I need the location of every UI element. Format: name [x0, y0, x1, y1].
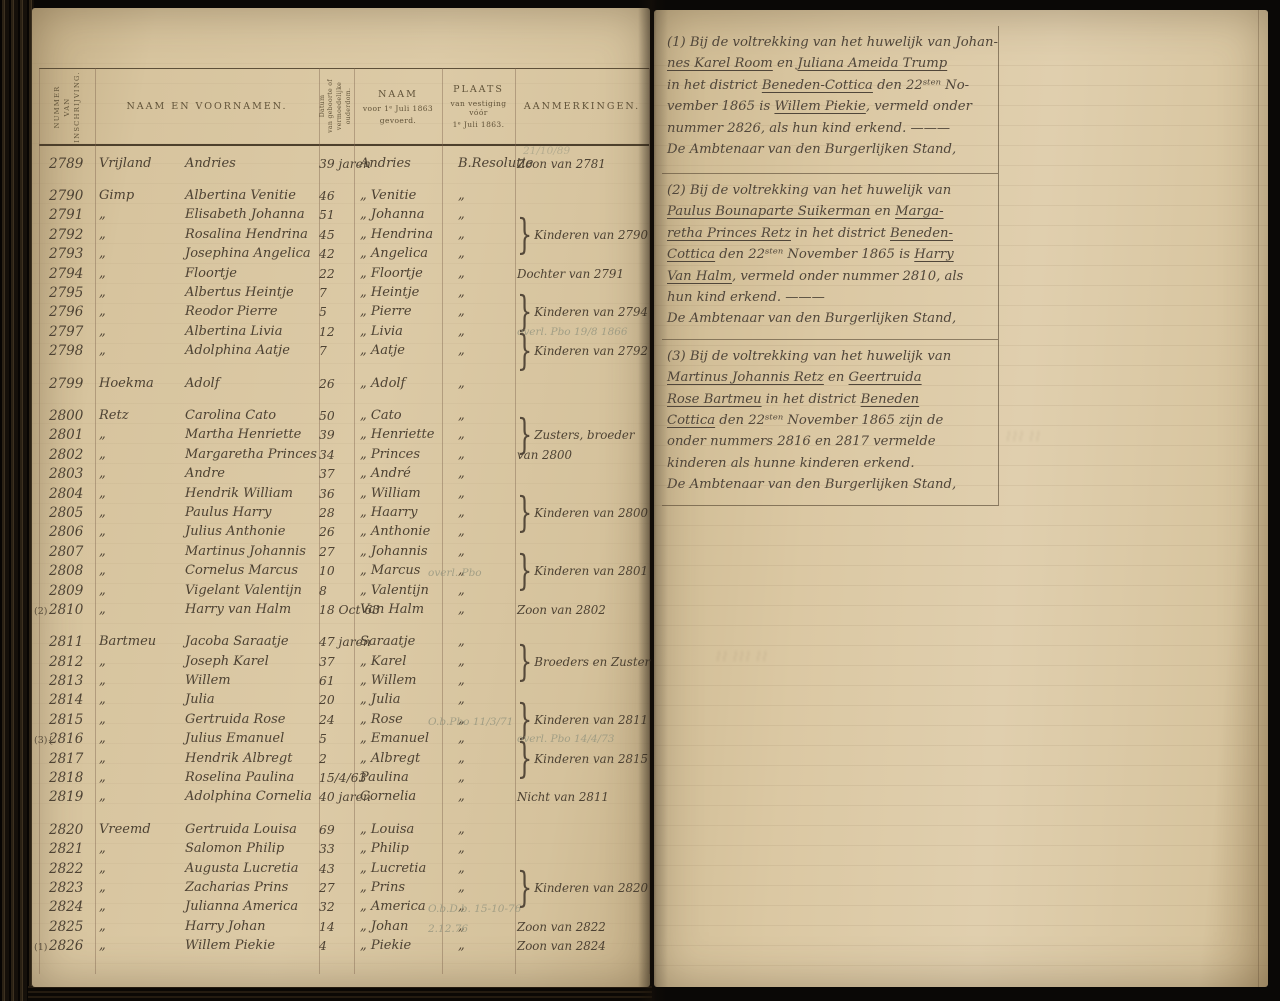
- age-cell: 42: [319, 247, 354, 261]
- given-names-cell: Martha Henriette: [183, 428, 319, 442]
- remarks-cell: }Broeders en Zuster: [515, 655, 650, 669]
- age-cell: 46: [319, 189, 354, 203]
- age-cell: 4: [319, 939, 354, 953]
- place-cell: „O.b.Pbo 11/3/71: [442, 713, 515, 727]
- age-cell: 7: [319, 344, 354, 358]
- given-names-cell: Josephina Angelica: [183, 247, 319, 261]
- age-cell: 14: [319, 920, 354, 934]
- given-names-cell: Andre: [183, 467, 319, 481]
- name-before-1863-cell: „ Livia: [354, 325, 442, 339]
- name-before-1863-cell: „ Haarry: [354, 506, 442, 520]
- surname-cell: „: [95, 862, 183, 876]
- entry-number: 2799: [39, 377, 95, 391]
- given-names-cell: Gertruida Rose: [183, 713, 319, 727]
- entry-number: 2797: [39, 325, 95, 339]
- marriage-note: (3) Bij de voltrekking van het huwelijk …: [662, 339, 998, 505]
- entry-number: 2815: [39, 713, 95, 727]
- name-before-1863-cell: „ Anthonie: [354, 525, 442, 539]
- given-names-cell: Jacoba Saraatje: [183, 635, 319, 649]
- age-cell: 36: [319, 487, 354, 501]
- table-row: 2809 „ Vigelant Valentijn 8 „ Valentijn …: [39, 581, 650, 600]
- name-before-1863-cell: „ Piekie: [354, 939, 442, 953]
- table-row: 2789 Vrijland Andries 39 jaren Andries B…: [39, 154, 650, 173]
- remark-text: Kinderen van 2811: [534, 713, 648, 727]
- given-names-cell: Gertruida Louisa: [183, 823, 319, 837]
- place-cell: „: [442, 506, 515, 520]
- remark-text: Dochter van 2791: [517, 267, 624, 281]
- given-names-cell: Adolphina Cornelia: [183, 790, 319, 804]
- age-cell: 37: [319, 467, 354, 481]
- entry-number: 2824: [39, 900, 95, 914]
- surname-cell: „: [95, 603, 183, 617]
- note-line: retha Princes Retz in het district Bened…: [667, 223, 994, 244]
- surname-cell: „: [95, 448, 183, 462]
- surname-cell: „: [95, 939, 183, 953]
- pencil-note: O.b.D.b. 15-10-76: [428, 902, 521, 916]
- age-cell: 2: [319, 752, 354, 766]
- entry-number: 2809: [39, 584, 95, 598]
- name-before-1863-cell: „ Pierre: [354, 305, 442, 319]
- table-row: 2798 „ Adolphina Aatje 7 „ Aatje „ }Kind…: [39, 342, 650, 361]
- given-names-cell: Joseph Karel: [183, 655, 319, 669]
- note-line: De Ambtenaar van den Burgerlijken Stand,: [667, 474, 994, 495]
- ink-bleed: ⌇⌇⌇ ⌇⌇: [1004, 430, 1040, 445]
- table-row: 2821 „ Salomon Philip 33 „ Philip „: [39, 840, 650, 859]
- remarks-cell: overl. Pbo 19/8 1866: [515, 325, 650, 339]
- note-line: (2) Bij de voltrekking van het huwelijk …: [667, 180, 994, 201]
- marriage-note: (2) Bij de voltrekking van het huwelijk …: [662, 173, 998, 339]
- entry-number: 2798: [39, 344, 95, 358]
- place-cell: „: [442, 603, 515, 617]
- age-cell: 61: [319, 674, 354, 688]
- entry-number: 2794: [39, 267, 95, 281]
- entry-number: 2804: [39, 487, 95, 501]
- table-row: (1)2826 „ Willem Piekie 4 „ Piekie „ Zoo…: [39, 936, 650, 955]
- note-line: Martinus Johannis Retz en Geertruida: [667, 367, 994, 388]
- entry-number: 2823: [39, 881, 95, 895]
- remarks-cell: Nicht van 2811: [515, 790, 650, 804]
- age-cell: 5: [319, 305, 354, 319]
- name-before-1863-cell: „ Johannis: [354, 545, 442, 559]
- remarks-cell: }Kinderen van 2794: [515, 305, 650, 319]
- entry-number: 2811: [39, 635, 95, 649]
- entry-number: 2813: [39, 674, 95, 688]
- given-names-cell: Julius Emanuel: [183, 732, 319, 746]
- note-line: nummer 2826, als hun kind erkend. ———: [667, 118, 994, 139]
- remarks-cell: }Kinderen van 2811: [515, 713, 650, 727]
- table-row: 2815 „ Gertruida Rose 24 „ Rose „O.b.Pbo…: [39, 710, 650, 729]
- remarks-cell: Zoon van 2824: [515, 939, 650, 953]
- surname-cell: „: [95, 920, 183, 934]
- given-names-cell: Carolina Cato: [183, 409, 319, 423]
- surname-cell: „: [95, 325, 183, 339]
- surname-cell: Bartmeu: [95, 635, 183, 649]
- note-line: Paulus Bounaparte Suikerman en Marga-: [667, 201, 994, 222]
- age-cell: 8: [319, 584, 354, 598]
- surname-cell: „: [95, 228, 183, 242]
- pencil-note: 2.12.76: [428, 922, 468, 936]
- entry-number: 2803: [39, 467, 95, 481]
- entry-number: 2819: [39, 790, 95, 804]
- name-before-1863-cell: Andries: [354, 157, 442, 171]
- place-cell: „: [442, 189, 515, 203]
- age-cell: 10: [319, 564, 354, 578]
- marriage-notes: (1) Bij de voltrekking van het huwelijk …: [662, 26, 999, 506]
- entry-number: 2808: [39, 564, 95, 578]
- name-before-1863-cell: „ Albregt: [354, 752, 442, 766]
- age-cell: 50: [319, 409, 354, 423]
- given-names-cell: Hendrik William: [183, 487, 319, 501]
- place-cell: „: [442, 409, 515, 423]
- surname-cell: „: [95, 286, 183, 300]
- surname-cell: Hoekma: [95, 377, 183, 391]
- table-row: 2824 „ Julianna America 32 „ America „O.…: [39, 898, 650, 917]
- place-cell: „: [442, 842, 515, 856]
- name-before-1863-cell: Cornelia: [354, 790, 442, 804]
- entry-number: (2)2810: [39, 603, 95, 617]
- marriage-note: (1) Bij de voltrekking van het huwelijk …: [662, 26, 998, 173]
- place-cell: „: [442, 428, 515, 442]
- place-cell: „: [442, 487, 515, 501]
- table-row: 2812 „ Joseph Karel 37 „ Karel „ }Broede…: [39, 652, 650, 671]
- place-cell: „: [442, 584, 515, 598]
- age-cell: 34: [319, 448, 354, 462]
- age-cell: 26: [319, 525, 354, 539]
- given-names-cell: Floortje: [183, 267, 319, 281]
- table-row: 2814 „ Julia 20 „ Julia „: [39, 691, 650, 710]
- table-row: (2)2810 „ Harry van Halm 18 Oct 63 Van H…: [39, 600, 650, 619]
- name-before-1863-cell: „ Willem: [354, 674, 442, 688]
- note-line: Cottica den 22ˢᵗᵉⁿ November 1865 is Harr…: [667, 244, 994, 265]
- place-cell: „: [442, 467, 515, 481]
- age-cell: 27: [319, 545, 354, 559]
- age-cell: 45: [319, 228, 354, 242]
- given-names-cell: Roselina Paulina: [183, 771, 319, 785]
- remarks-cell: overl. Pbo 14/4/73: [515, 732, 650, 746]
- remarks-cell: }Kinderen van 2790: [515, 228, 650, 242]
- surname-cell: „: [95, 506, 183, 520]
- given-names-cell: Harry Johan: [183, 920, 319, 934]
- place-cell: „: [442, 752, 515, 766]
- surname-cell: „: [95, 752, 183, 766]
- entry-number: 2802: [39, 448, 95, 462]
- age-cell: 28: [319, 506, 354, 520]
- given-names-cell: Andries: [183, 157, 319, 171]
- notes-page: ⌇⌇ ⌇⌇⌇ ⌇⌇ ⌇⌇⌇ ⌇⌇ (1) Bij de voltrekking …: [654, 10, 1268, 987]
- remark-text: van 2800: [517, 448, 572, 462]
- entry-number: 2806: [39, 525, 95, 539]
- remark-text: Kinderen van 2794: [534, 305, 648, 319]
- place-cell: „: [442, 208, 515, 222]
- age-cell: 5: [319, 732, 354, 746]
- entry-number: 2812: [39, 655, 95, 669]
- given-names-cell: Albertina Venitie: [183, 189, 319, 203]
- note-line: (1) Bij de voltrekking van het huwelijk …: [667, 32, 994, 53]
- ink-bleed: ⌇⌇ ⌇⌇⌇ ⌇⌇: [714, 650, 767, 665]
- table-row: 2818 „ Roselina Paulina 15/4/63 Paulina …: [39, 768, 650, 787]
- place-cell: „: [442, 823, 515, 837]
- place-cell: „: [442, 674, 515, 688]
- given-names-cell: Julius Anthonie: [183, 525, 319, 539]
- table-row: 2805 „ Paulus Harry 28 „ Haarry „ }Kinde…: [39, 503, 650, 522]
- table-row: 2795 „ Albertus Heintje 7 „ Heintje „: [39, 283, 650, 302]
- name-before-1863-cell: „ Philip: [354, 842, 442, 856]
- remark-text: Zusters, broeder: [534, 428, 634, 442]
- place-cell: „: [442, 228, 515, 242]
- note-reference-mark: (1): [34, 941, 47, 955]
- table-row: 2817 „ Hendrik Albregt 2 „ Albregt „ }Ki…: [39, 749, 650, 768]
- entry-number: 2821: [39, 842, 95, 856]
- remark-text: Nicht van 2811: [517, 790, 609, 804]
- note-line: Van Halm, vermeld onder nummer 2810, als: [667, 266, 994, 287]
- age-cell: 43: [319, 862, 354, 876]
- entry-number: 2801: [39, 428, 95, 442]
- note-line: De Ambtenaar van den Burgerlijken Stand,: [667, 308, 994, 329]
- age-cell: 7: [319, 286, 354, 300]
- place-cell: „: [442, 525, 515, 539]
- note-line: vember 1865 is Willem Piekie, vermeld on…: [667, 96, 994, 117]
- place-cell: „overl. Pbo: [442, 564, 515, 578]
- given-names-cell: Julia: [183, 693, 319, 707]
- remark-text: Kinderen van 2790: [534, 228, 648, 242]
- given-names-cell: Julianna America: [183, 900, 319, 914]
- table-row: 2797 „ Albertina Livia 12 „ Livia „ over…: [39, 322, 650, 341]
- place-cell: „: [442, 862, 515, 876]
- entry-number: 2795: [39, 286, 95, 300]
- given-names-cell: Augusta Lucretia: [183, 862, 319, 876]
- given-names-cell: Vigelant Valentijn: [183, 584, 319, 598]
- book-page-edges: [0, 0, 34, 1001]
- age-cell: 32: [319, 900, 354, 914]
- surname-cell: „: [95, 900, 183, 914]
- entry-number: 2814: [39, 693, 95, 707]
- register-page: NUMMER VAN INSCHRIJVING. NAAM EN VOORNAM…: [32, 8, 650, 987]
- remark-text: Broeders en Zuster: [534, 655, 650, 669]
- surname-cell: „: [95, 713, 183, 727]
- entry-number: 2789: [39, 157, 95, 171]
- name-before-1863-cell: „ Prins: [354, 881, 442, 895]
- pencil-note: overl. Pbo: [428, 566, 482, 580]
- place-cell: „: [442, 655, 515, 669]
- table-row: 2813 „ Willem 61 „ Willem „: [39, 671, 650, 690]
- table-row: 2790 Gimp Albertina Venitie 46 „ Venitie…: [39, 186, 650, 205]
- entry-number: (3){2816: [39, 732, 95, 746]
- remarks-cell: Dochter van 2791: [515, 267, 650, 281]
- pencil-note: O.b.Pbo 11/3/71: [428, 715, 513, 729]
- entry-number: 2792: [39, 228, 95, 242]
- table-row: 2793 „ Josephina Angelica 42 „ Angelica …: [39, 245, 650, 264]
- age-cell: 37: [319, 655, 354, 669]
- table-row: 2808 „ Cornelus Marcus 10 „ Marcus „over…: [39, 561, 650, 580]
- entry-number: 2818: [39, 771, 95, 785]
- surname-cell: „: [95, 247, 183, 261]
- age-cell: 33: [319, 842, 354, 856]
- surname-cell: „: [95, 655, 183, 669]
- name-before-1863-cell: „ Valentijn: [354, 584, 442, 598]
- name-before-1863-cell: „ Karel: [354, 655, 442, 669]
- table-row: 2822 „ Augusta Lucretia 43 „ Lucretia „: [39, 859, 650, 878]
- remarks-cell: }Kinderen van 2792: [515, 344, 650, 358]
- table-row: 2804 „ Hendrik William 36 „ William „: [39, 484, 650, 503]
- given-names-cell: Reodor Pierre: [183, 305, 319, 319]
- remarks-cell: Zoon van 2822: [515, 920, 650, 934]
- place-cell: „: [442, 771, 515, 785]
- given-names-cell: Hendrik Albregt: [183, 752, 319, 766]
- place-cell: „O.b.D.b. 15-10-76: [442, 900, 515, 914]
- table-row: 2806 „ Julius Anthonie 26 „ Anthonie „: [39, 523, 650, 542]
- place-cell: „: [442, 448, 515, 462]
- surname-cell: „: [95, 525, 183, 539]
- given-names-cell: Albertus Heintje: [183, 286, 319, 300]
- remarks-cell: Zoon van 2802: [515, 603, 650, 617]
- surname-cell: Gimp: [95, 189, 183, 203]
- name-before-1863-cell: Van Halm: [354, 603, 442, 617]
- note-line: onder nummers 2816 en 2817 vermelde: [667, 431, 994, 452]
- place-cell: „: [442, 305, 515, 319]
- name-before-1863-cell: „ Hendrina: [354, 228, 442, 242]
- remarks-cell: }Kinderen van 2820: [515, 881, 650, 895]
- name-before-1863-cell: „ Lucretia: [354, 862, 442, 876]
- surname-cell: „: [95, 564, 183, 578]
- place-cell: „2.12.76: [442, 920, 515, 934]
- entry-number: 2805: [39, 506, 95, 520]
- table-row: 2803 „ Andre 37 „ André „: [39, 464, 650, 483]
- given-names-cell: Martinus Johannis: [183, 545, 319, 559]
- surname-cell: „: [95, 428, 183, 442]
- given-names-cell: Adolphina Aatje: [183, 344, 319, 358]
- surname-cell: „: [95, 584, 183, 598]
- surname-cell: „: [95, 790, 183, 804]
- name-before-1863-cell: „ Floortje: [354, 267, 442, 281]
- column-header-remarks: AANMERKINGEN.: [515, 69, 649, 144]
- place-cell: „: [442, 939, 515, 953]
- pencil-note: overl. Pbo 19/8 1866: [517, 325, 628, 339]
- table-row: 2807 „ Martinus Johannis 27 „ Johannis „: [39, 542, 650, 561]
- table-row: 2825 „ Harry Johan 14 „ Johan „2.12.76 Z…: [39, 917, 650, 936]
- given-names-cell: Cornelus Marcus: [183, 564, 319, 578]
- given-names-cell: Willem: [183, 674, 319, 688]
- page-fold-line: [1258, 10, 1259, 987]
- note-line: De Ambtenaar van den Burgerlijken Stand,: [667, 139, 994, 160]
- remarks-cell: }Kinderen van 2800: [515, 506, 650, 520]
- surname-cell: „: [95, 467, 183, 481]
- age-cell: 15/4/63: [319, 771, 354, 785]
- entry-number: 2796: [39, 305, 95, 319]
- table-row: 2823 „ Zacharias Prins 27 „ Prins „ }Kin…: [39, 878, 650, 897]
- name-before-1863-cell: „ Emanuel: [354, 732, 442, 746]
- table-row: 2799 Hoekma Adolf 26 „ Adolf „: [39, 374, 650, 393]
- name-before-1863-cell: Saraatje: [354, 635, 442, 649]
- place-cell: „: [442, 790, 515, 804]
- surname-cell: „: [95, 487, 183, 501]
- name-before-1863-cell: „ William: [354, 487, 442, 501]
- entry-number: 2791: [39, 208, 95, 222]
- table-row: 2800 Retz Carolina Cato 50 „ Cato „: [39, 406, 650, 425]
- entry-number: 2800: [39, 409, 95, 423]
- note-line: hun kind erkend. ———: [667, 287, 994, 308]
- age-cell: 26: [319, 377, 354, 391]
- name-before-1863-cell: „ Cato: [354, 409, 442, 423]
- surname-cell: „: [95, 732, 183, 746]
- remark-text: Zoon van 2822: [517, 920, 606, 934]
- name-before-1863-cell: „ Louisa: [354, 823, 442, 837]
- note-line: Rose Bartmeu in het district Beneden: [667, 389, 994, 410]
- age-cell: 69: [319, 823, 354, 837]
- place-cell: „: [442, 635, 515, 649]
- surname-cell: „: [95, 674, 183, 688]
- column-header-name-before-1863: NAAM voor 1ᵉ Juli 1863 gevoerd.: [354, 69, 442, 144]
- place-cell: „: [442, 377, 515, 391]
- given-names-cell: Rosalina Hendrina: [183, 228, 319, 242]
- table-row: 2820 Vreemd Gertruida Louisa 69 „ Louisa…: [39, 820, 650, 839]
- surname-cell: „: [95, 305, 183, 319]
- book-bottom-edge: [28, 986, 652, 1001]
- remarks-cell: Zoon van 278121/10/89: [515, 157, 650, 171]
- place-cell: „: [442, 325, 515, 339]
- entry-number: 2790: [39, 189, 95, 203]
- given-names-cell: Willem Piekie: [183, 939, 319, 953]
- remark-text: Zoon van 2824: [517, 939, 606, 953]
- entry-number: 2807: [39, 545, 95, 559]
- place-cell: „: [442, 732, 515, 746]
- given-names-cell: Adolf: [183, 377, 319, 391]
- name-before-1863-cell: „ André: [354, 467, 442, 481]
- remark-text: Kinderen van 2820: [534, 881, 648, 895]
- place-cell: „: [442, 881, 515, 895]
- age-cell: 40 jaren: [319, 790, 354, 804]
- age-cell: 18 Oct 63: [319, 603, 354, 617]
- given-names-cell: Elisabeth Johanna: [183, 208, 319, 222]
- note-reference-mark: (3){: [34, 734, 54, 748]
- book-gutter: [638, 0, 668, 1001]
- remarks-cell: van 2800: [515, 448, 650, 462]
- given-names-cell: Zacharias Prins: [183, 881, 319, 895]
- note-line: (3) Bij de voltrekking van het huwelijk …: [667, 346, 994, 367]
- column-header-number: NUMMER VAN INSCHRIJVING.: [46, 68, 88, 146]
- given-names-cell: Harry van Halm: [183, 603, 319, 617]
- name-before-1863-cell: „ Johanna: [354, 208, 442, 222]
- surname-cell: Retz: [95, 409, 183, 423]
- age-cell: 39: [319, 428, 354, 442]
- given-names-cell: Paulus Harry: [183, 506, 319, 520]
- note-line: Cottica den 22ˢᵗᵉⁿ November 1865 zijn de: [667, 410, 994, 431]
- surname-cell: „: [95, 545, 183, 559]
- register-rows: 2789 Vrijland Andries 39 jaren Andries B…: [39, 154, 650, 969]
- remark-text: Kinderen van 2815: [534, 752, 648, 766]
- age-cell: 12: [319, 325, 354, 339]
- name-before-1863-cell: „ Henriette: [354, 428, 442, 442]
- surname-cell: „: [95, 842, 183, 856]
- remark-text: Kinderen van 2801: [534, 564, 648, 578]
- column-header-birthdate: Datum van geboorte of vermoedelijke oude…: [318, 68, 354, 144]
- entry-number: (1)2826: [39, 939, 95, 953]
- place-cell: „: [442, 286, 515, 300]
- surname-cell: Vreemd: [95, 823, 183, 837]
- surname-cell: „: [95, 881, 183, 895]
- age-cell: 47 jaren: [319, 635, 354, 649]
- surname-cell: „: [95, 267, 183, 281]
- entry-number: 2817: [39, 752, 95, 766]
- table-row: 2801 „ Martha Henriette 39 „ Henriette „…: [39, 426, 650, 445]
- table-row: 2796 „ Reodor Pierre 5 „ Pierre „ }Kinde…: [39, 303, 650, 322]
- entry-number: 2822: [39, 862, 95, 876]
- entry-number: 2825: [39, 920, 95, 934]
- surname-cell: „: [95, 693, 183, 707]
- table-row: (3){2816 „ Julius Emanuel 5 „ Emanuel „ …: [39, 730, 650, 749]
- remark-text: Kinderen van 2800: [534, 506, 648, 520]
- place-cell: „: [442, 344, 515, 358]
- entry-number: 2793: [39, 247, 95, 261]
